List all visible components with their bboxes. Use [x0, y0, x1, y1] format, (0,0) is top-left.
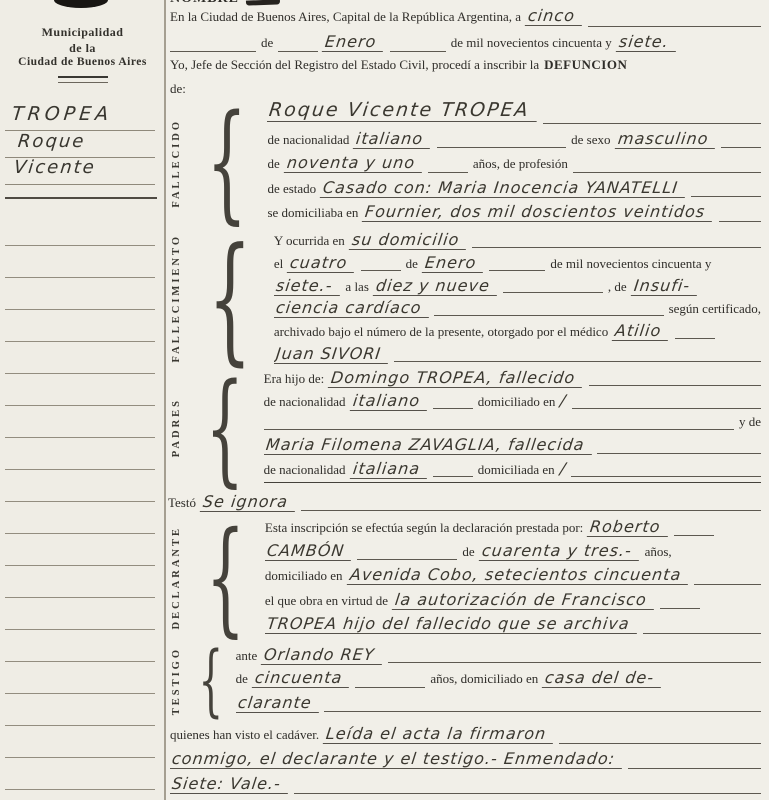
section-label-fallecimiento: FALLECIMIENTO [171, 234, 182, 362]
declarant-first-name-handwritten: Roberto [587, 517, 670, 537]
witness-name-handwritten: Orlando REY [261, 645, 384, 665]
blank-rule [324, 711, 761, 712]
section-brace: { [198, 642, 223, 720]
death-year-handwritten: siete.- [274, 276, 342, 296]
closing-handwritten-2: conmigo, el declarante y el testigo.- En… [170, 749, 624, 769]
municipal-emblem-icon [54, 0, 108, 8]
blank-rule [433, 408, 473, 409]
mother-residence-label: domiciliada en [478, 462, 555, 478]
witness-residence-handwritten-2: clarante [236, 693, 321, 713]
blank-rule [472, 247, 761, 248]
age-handwritten: noventa y uno [283, 153, 424, 173]
testo-label: Testó [168, 495, 196, 511]
margin-thick-rule [5, 197, 157, 199]
blank-rule [675, 338, 715, 339]
death-month-handwritten: Enero [422, 253, 486, 273]
section-closing-rule [264, 482, 761, 483]
blank-rule [660, 608, 700, 609]
margin-given-name-2: Vicente [13, 157, 97, 178]
death-day-label: el [274, 256, 283, 272]
blank-rule [589, 385, 761, 386]
nationality-label: de nacionalidad [267, 132, 349, 148]
y-de-label: y de [739, 414, 761, 430]
blank-rule [361, 270, 401, 271]
org-name-line1: Municipalidad [0, 25, 165, 40]
blank-rule [572, 408, 761, 409]
blank-rule [597, 453, 761, 454]
physician-handwritten-2: Juan SIVORI [274, 344, 390, 364]
certificate-label: según certificado, [669, 301, 761, 317]
blank-rule [278, 51, 318, 52]
declarant-age-label: de [462, 544, 474, 560]
father-residence-label: domiciliado en [478, 394, 556, 410]
section-brace: { [206, 99, 247, 227]
mother-name-handwritten: Maria Filomena ZAVAGLIA, fallecida [264, 435, 594, 455]
physician-label: archivado bajo el número de la presente,… [274, 324, 608, 340]
blank-rule [543, 123, 761, 124]
cause-of-death-label: , de [608, 279, 627, 295]
blank-rule [721, 147, 761, 148]
authorization-label: el que obra en virtud de [265, 593, 388, 609]
year-of-registration-handwritten: siete. [616, 32, 678, 52]
header-year-text: de mil novecientos cincuenta y [451, 35, 612, 51]
testo-line: Testó Se ignora [168, 492, 761, 516]
death-day-handwritten: cuatro [287, 253, 357, 273]
witness-ante-label: ante [236, 648, 258, 664]
section-label-fallecido: FALLECIDO [171, 119, 182, 208]
section-brace: { [206, 516, 245, 640]
death-certificate-scan: Municipalidad de la Ciudad de Buenos Air… [0, 0, 769, 800]
declarant-age-handwritten: cuarenta y tres.- [478, 541, 640, 561]
blank-rule [691, 196, 761, 197]
blank-rule [719, 221, 761, 222]
section-label-testigo: TESTIGO [171, 647, 182, 715]
margin-ruled-lines [5, 214, 155, 800]
section-declarante: DECLARANTE { Esta inscripción se efectúa… [166, 516, 761, 640]
death-place-label: Y ocurrida en [274, 233, 345, 249]
margin-rule-line [5, 184, 155, 185]
blank-rule [489, 270, 545, 271]
mother-nationality-label: de nacionalidad [264, 462, 346, 478]
residence-handwritten: Fournier, dos mil doscientos veintidos [362, 202, 715, 222]
section-label-declarante: DECLARANTE [171, 526, 182, 630]
margin-given-name-1: Roque [17, 131, 87, 152]
blank-rule [643, 633, 761, 634]
declarant-surname-handwritten: CAMBÓN [265, 541, 354, 561]
father-nationality-handwritten: italiano [349, 391, 429, 411]
defuncion-bold-word: DEFUNCION [544, 57, 627, 73]
blank-rule [573, 172, 761, 173]
father-name-handwritten: Domingo TROPEA, fallecido [328, 368, 585, 388]
blank-rule [694, 584, 761, 585]
section-fallecido: FALLECIDO { Roque Vicente TROPEA de naci… [166, 98, 761, 228]
blank-rule [301, 510, 761, 511]
death-hour-handwritten: diez y nueve [373, 276, 499, 296]
section-brace: { [205, 367, 244, 489]
margin-rule-line [5, 130, 155, 131]
authorization-handwritten-2: TROPEA hijo del fallecido que se archiva [265, 614, 639, 634]
father-nationality-label: de nacionalidad [264, 394, 346, 410]
blank-rule [170, 51, 256, 52]
marital-status-handwritten: Casado con: Maria Inocencia YANATELLI [320, 178, 688, 198]
declarant-residence-handwritten: Avenida Cobo, setecientos cincuenta [346, 565, 690, 585]
blank-rule [433, 476, 473, 477]
day-of-registration-handwritten: cinco [525, 6, 584, 26]
org-divider-rule [58, 76, 108, 83]
blank-rule [428, 172, 468, 173]
declaration-intro-text: Esta inscripción se efectúa según la dec… [265, 520, 583, 536]
month-of-registration-handwritten: Enero [322, 32, 386, 52]
profession-label: años, de profesión [473, 156, 568, 172]
sex-label: de sexo [571, 132, 610, 148]
authorization-handwritten-1: la autorización de Francisco [392, 590, 656, 610]
section-fallecimiento: FALLECIMIENTO { Y ocurrida en su domicil… [166, 229, 761, 368]
sex-handwritten: masculino [614, 129, 717, 149]
age-pre-label: de [267, 156, 279, 172]
cause-of-death-handwritten-2: ciencia cardíaco [274, 298, 431, 318]
death-year-text: de mil novecientos cincuenta y [550, 256, 711, 272]
blank-rule [388, 662, 761, 663]
witness-residence-handwritten-1: casa del de- [542, 668, 664, 688]
body-seen-label: quienes han visto el cadáver. [170, 727, 319, 743]
death-hour-label: a las [345, 279, 368, 295]
margin-rule-line [5, 157, 155, 158]
marital-status-label: de estado [267, 181, 316, 197]
declarant-residence-label: domiciliado en [265, 568, 343, 584]
header-line1-text: En la Ciudad de Buenos Aires, Capital de… [170, 9, 521, 25]
witness-age-handwritten: cincuenta [252, 668, 352, 688]
closing-handwritten-1: Leída el acta la firmaron [323, 724, 556, 744]
section-padres: PADRES { Era hijo de: Domingo TROPEA, fa… [166, 367, 761, 489]
section-brace: { [208, 230, 252, 368]
blank-rule [394, 361, 761, 362]
residence-label: se domiciliaba en [267, 205, 358, 221]
death-month-label: de [406, 256, 418, 272]
cause-of-death-handwritten-1: Insufi- [630, 276, 699, 296]
section-testigo: TESTIGO { ante Orlando REY de cincuenta … [166, 644, 761, 718]
header-de-colon: de: [170, 81, 186, 97]
blank-rule [437, 147, 567, 148]
blank-rule [588, 26, 761, 27]
death-place-handwritten: su domicilio [349, 230, 469, 250]
blank-rule [357, 559, 457, 560]
closing-handwritten-3: Siete: Vale.- [170, 774, 290, 794]
blank-rule [355, 687, 425, 688]
blank-rule [571, 476, 761, 477]
blank-rule [264, 429, 734, 430]
deceased-name-handwritten: Roque Vicente TROPEA [267, 99, 539, 122]
physician-handwritten-1: Atilio [612, 321, 671, 341]
mother-residence-handwritten: / [558, 459, 567, 478]
blank-rule [674, 535, 714, 536]
declarant-age-suffix: años, [645, 544, 672, 560]
margin-surname: TROPEA [11, 103, 114, 125]
blank-rule [390, 51, 446, 52]
mother-nationality-handwritten: italiana [349, 459, 429, 479]
blank-rule [434, 315, 663, 316]
witness-age-label: de [236, 671, 248, 687]
margin-column: Municipalidad de la Ciudad de Buenos Air… [0, 0, 165, 800]
witness-residence-label: años, domiciliado en [430, 671, 538, 687]
org-name-line3: Ciudad de Buenos Aires [0, 56, 165, 68]
org-name-line2: de la [0, 41, 165, 56]
nationality-handwritten: italiano [353, 129, 433, 149]
registrar-statement-text: Yo, Jefe de Sección del Registro del Est… [170, 57, 539, 73]
header-block: En la Ciudad de Buenos Aires, Capital de… [170, 6, 761, 100]
closing-block: quienes han visto el cadáver. Leída el a… [170, 724, 761, 799]
father-residence-handwritten: / [559, 391, 568, 410]
father-label: Era hijo de: [264, 371, 325, 387]
blank-rule [503, 292, 603, 293]
blank-rule [559, 743, 761, 744]
blank-rule [628, 768, 761, 769]
blank-rule [294, 793, 761, 794]
header-de-label: de [261, 35, 273, 51]
section-label-padres: PADRES [171, 398, 182, 457]
